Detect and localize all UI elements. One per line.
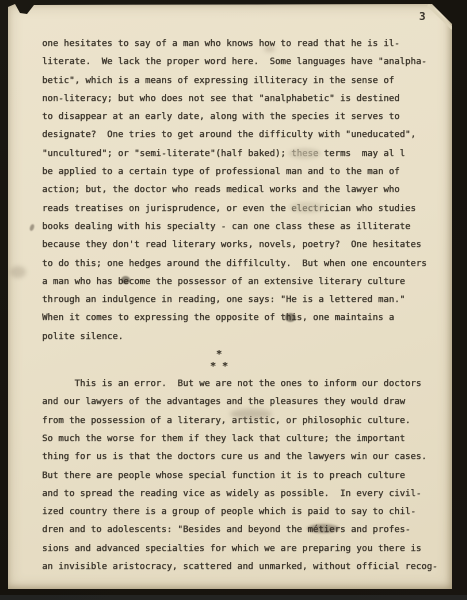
text-line: "uncultured"; or "semi-literate"(half ba…	[42, 145, 448, 163]
text-line: non-literacy; but who does not see that …	[42, 90, 448, 108]
margin-smear	[10, 266, 26, 278]
text-line: betic", which is a means of expressing i…	[42, 72, 448, 90]
text-line: through an indulgence in reading, one sa…	[42, 291, 448, 309]
text-line: But there are people whose special funct…	[42, 467, 448, 485]
text-line: be applied to a certain type of professi…	[42, 163, 448, 181]
text-line: ized country there is a group of people …	[42, 503, 448, 521]
text-line: action; but, the doctor who reads medica…	[42, 181, 448, 199]
text-line: and our lawyers of the advantages and th…	[42, 393, 448, 411]
text-line: literate. We lack the proper word here. …	[42, 53, 448, 71]
paragraph-2: This is an error. But we are not the one…	[42, 375, 448, 576]
text-line: This is an error. But we are not the one…	[42, 375, 448, 393]
text-line: So much the worse for them if they lack …	[42, 430, 448, 448]
folded-corner-edge	[427, 4, 453, 29]
typed-text-block: one hesitates to say of a man who knows …	[42, 35, 448, 576]
paper-sheet: 3 one hesitates to say of a man who know…	[8, 4, 452, 589]
text-line: dren and to adolescents: "Besides and be…	[42, 521, 448, 539]
text-line: from the possession of a literary, artis…	[42, 412, 448, 430]
text-line: thing for us is that the doctors cure us…	[42, 448, 448, 466]
text-line: reads treatises on jurisprudence, or eve…	[42, 200, 448, 218]
asterisk-line: *	[16, 349, 422, 361]
section-divider-asterisks: ** *	[16, 349, 422, 373]
text-line: because they don't read literary works, …	[42, 236, 448, 254]
text-line: and to spread the reading vice as widely…	[42, 485, 448, 503]
text-line: sions and advanced specialties for which…	[42, 540, 448, 558]
text-line: to do this; one hedges around the diffil…	[42, 255, 448, 273]
text-line: polite silence.	[42, 328, 448, 346]
text-line: designate? One tries to get around the d…	[42, 126, 448, 144]
scan-edge-tint	[0, 595, 467, 600]
text-line: an invisible aristocracy, scattered and …	[42, 558, 448, 576]
asterisk-line: * *	[16, 361, 422, 373]
text-line: to disappear at an early date, along wit…	[42, 108, 448, 126]
text-line: books dealing with his specialty - can o…	[42, 218, 448, 236]
scanned-page: 3 one hesitates to say of a man who know…	[0, 0, 467, 600]
text-line: one hesitates to say of a man who knows …	[42, 35, 448, 53]
text-line: When it comes to expressing the opposite…	[42, 309, 448, 327]
page-number: 3	[419, 10, 426, 23]
text-line: a man who has become the possessor of an…	[42, 273, 448, 291]
pencil-mark	[29, 224, 35, 232]
paragraph-1: one hesitates to say of a man who knows …	[42, 35, 448, 346]
